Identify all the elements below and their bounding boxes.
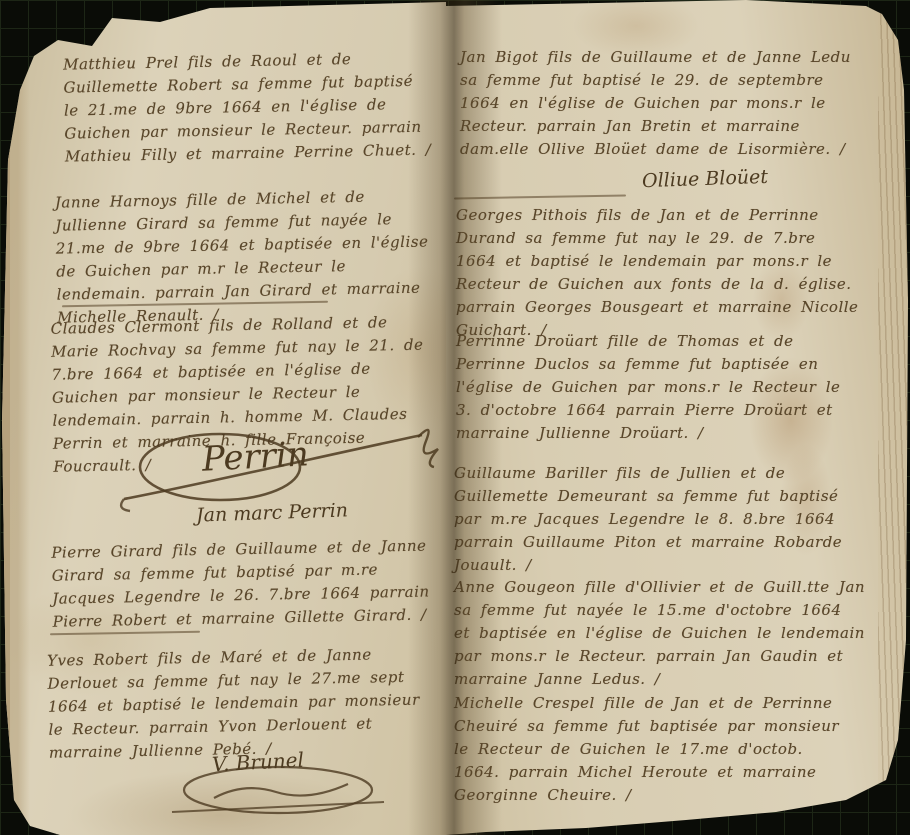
baptism-record: Perrinne Droüart fille de Thomas et de P… xyxy=(456,330,858,445)
manuscript-scan: Matthieu Prel fils de Raoul et de Guille… xyxy=(0,0,910,835)
perrin-signature-text: Perrin xyxy=(201,434,310,480)
left-page: Matthieu Prel fils de Raoul et de Guille… xyxy=(0,0,446,835)
baptism-record: Georges Pithois fils de Jan et de Perrin… xyxy=(456,204,862,342)
baptism-record: Guillaume Bariller fils de Jullien et de… xyxy=(454,462,866,577)
blouet-signature: Olliue Bloüet xyxy=(642,166,769,192)
baptism-record: Michelle Crespel fille de Jan et de Perr… xyxy=(454,692,854,807)
left-page-worn-edge xyxy=(0,0,30,835)
baptism-record: Jan Bigot fils de Guillaume et de Janne … xyxy=(460,46,860,161)
baptism-record: Janne Harnoys fille de Michel et de Jull… xyxy=(55,184,436,329)
baptism-record: Matthieu Prel fils de Raoul et de Guille… xyxy=(63,46,437,168)
perrin-signature-name: Jan marc Perrin xyxy=(196,499,349,526)
bottom-signature-text: V. Brunel xyxy=(211,748,304,777)
baptism-record: Anne Gougeon fille d'Ollivier et de Guil… xyxy=(454,576,866,691)
bottom-signature: V. Brunel xyxy=(170,742,390,822)
baptism-record: Pierre Girard fils de Guillaume et de Ja… xyxy=(51,534,441,633)
book-fore-edge xyxy=(878,10,908,820)
perrin-signature: Perrin xyxy=(118,415,448,515)
right-page: Jan Bigot fils de Guillaume et de Janne … xyxy=(446,0,910,835)
record-divider xyxy=(454,194,626,199)
